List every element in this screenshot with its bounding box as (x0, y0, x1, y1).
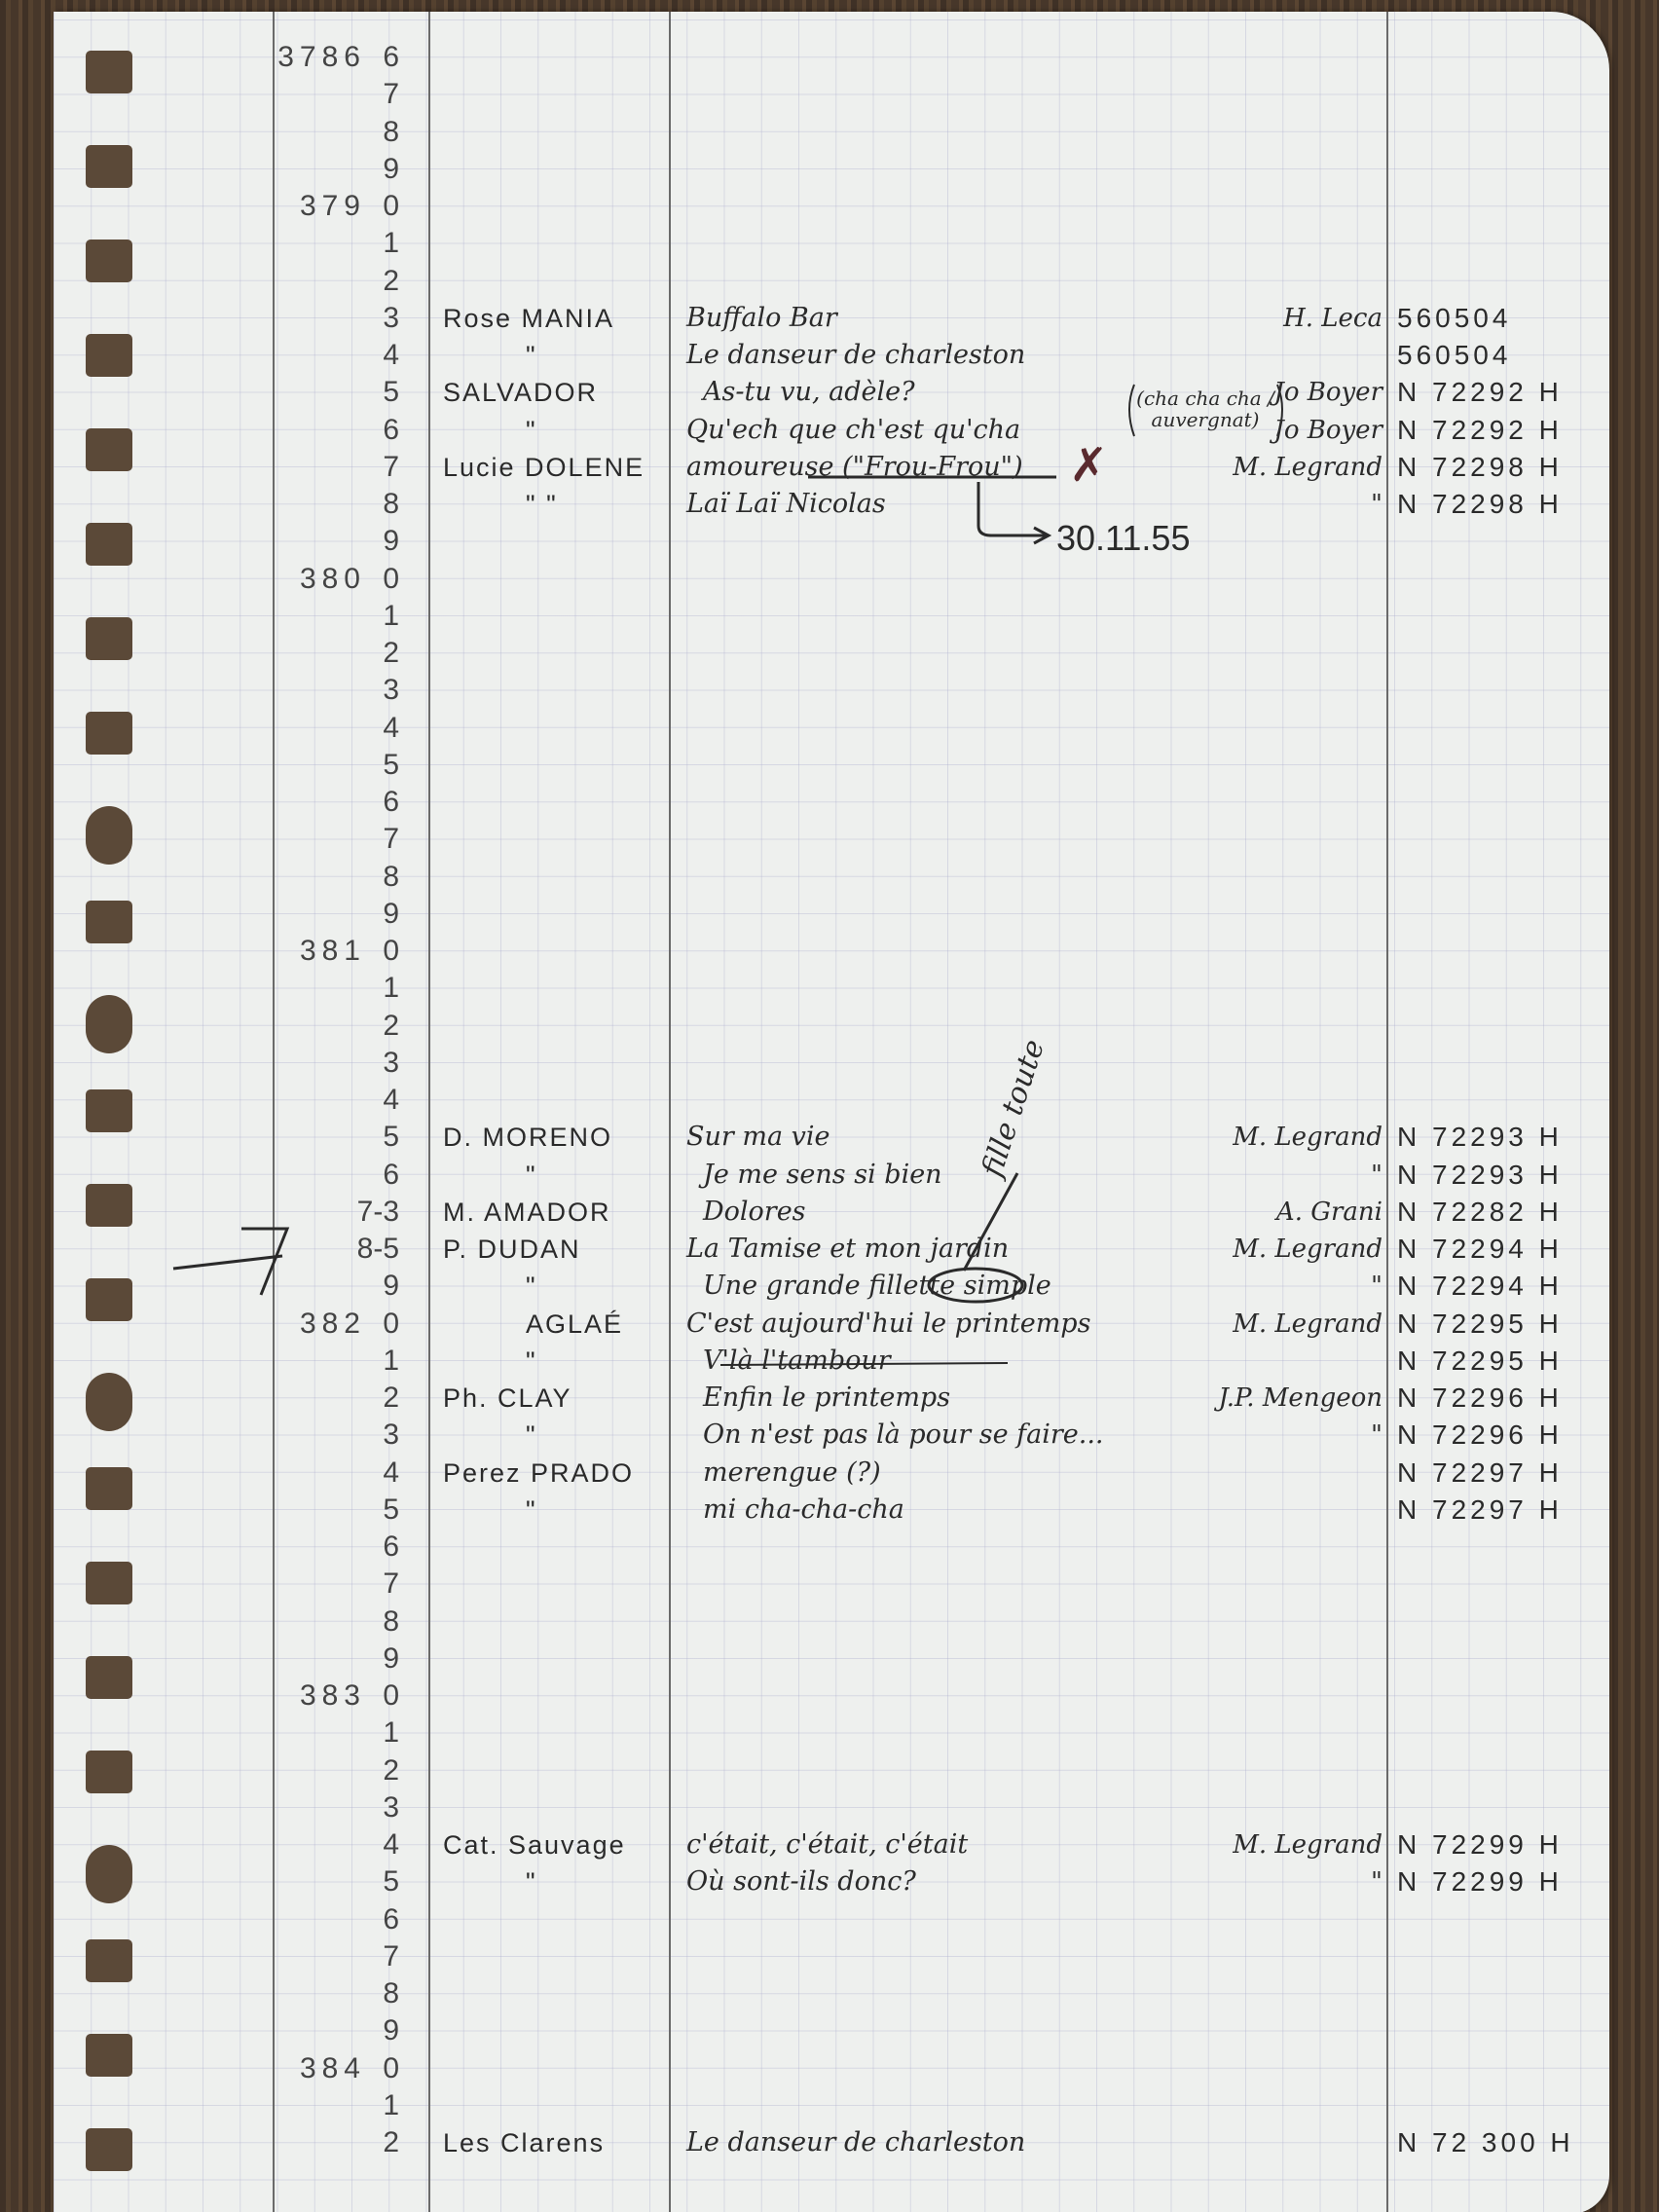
margin-arrow-icon (241, 1229, 287, 1295)
insertion-line (964, 1173, 1017, 1271)
ink-marks (0, 0, 1659, 2212)
circle-mark (929, 1269, 1022, 1302)
